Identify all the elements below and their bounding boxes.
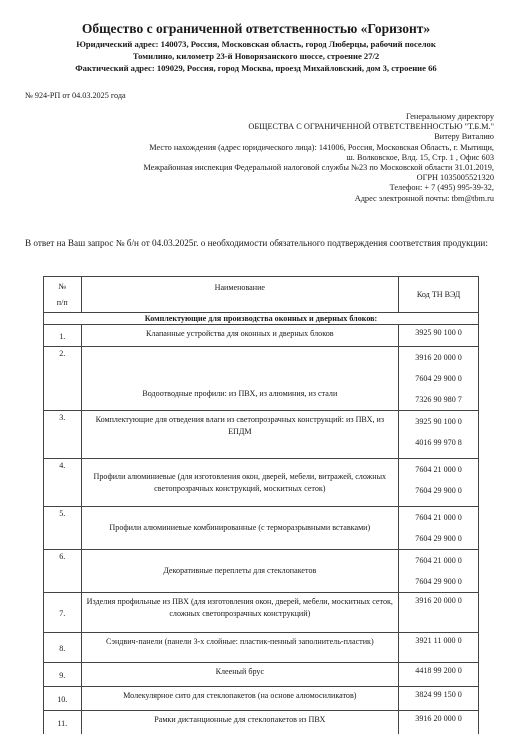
legal-address-line1: Юридический адрес: 140073, Россия, Моско… [0, 39, 512, 49]
section-header: Комплектующие для производства оконных и… [44, 313, 479, 325]
addressee-line: Адрес электронной почты: tbm@tbm.ru [54, 194, 494, 204]
row-number: 7. [44, 593, 82, 633]
table-row: 10.Молекулярное сито для стеклопакетов (… [44, 687, 479, 711]
addressee-line: Телефон: + 7 (495) 995-39-32, [54, 183, 494, 193]
product-table: №п/п Наименование Код ТН ВЭД Комплектующ… [43, 276, 479, 734]
row-name: Клееный брус [81, 663, 399, 687]
tn-ved-code: 7604 29 900 0 [399, 368, 478, 389]
table-row: 8.Сэндвич-панели (панели 3-х слойные: пл… [44, 633, 479, 663]
row-codes: 3925 90 100 04016 99 970 8 [399, 411, 479, 459]
row-name: Профили алюминиевые комбинированные (с т… [81, 507, 399, 550]
tn-ved-code: 4016 99 970 8 [399, 432, 478, 453]
tn-ved-code: 7604 21 000 0 [399, 550, 478, 571]
table-row: 5.Профили алюминиевые комбинированные (с… [44, 507, 479, 550]
tn-ved-code: 3925 90 100 0 [399, 325, 478, 341]
row-number: 4. [44, 459, 82, 507]
table-row: 11.Рамки дистанционные для стеклопакетов… [44, 711, 479, 734]
tn-ved-code: 7326 90 980 7 [399, 389, 478, 410]
document-reference: № 924-РП от 04.03.2025 года [25, 91, 126, 100]
row-number: 2. [44, 347, 82, 411]
row-codes: 4418 99 200 0 [399, 663, 479, 687]
row-codes: 7604 21 000 07604 29 900 0 [399, 507, 479, 550]
table-row: 9.Клееный брус4418 99 200 0 [44, 663, 479, 687]
row-codes: 3824 99 150 0 [399, 687, 479, 711]
tn-ved-code: 3824 99 150 0 [399, 687, 478, 703]
tn-ved-code: 3916 20 000 0 [399, 593, 478, 609]
row-number: 8. [44, 633, 82, 663]
row-number: 1. [44, 325, 82, 347]
tn-ved-code: 3916 20 000 0 [399, 347, 478, 368]
tn-ved-code: 7604 21 000 0 [399, 507, 478, 528]
row-number: 11. [44, 711, 82, 734]
row-codes: 7604 21 000 07604 29 900 0 [399, 550, 479, 593]
table-row: 7.Изделия профильные из ПВХ (для изготов… [44, 593, 479, 633]
tn-ved-code: 7604 29 900 0 [399, 571, 478, 592]
row-codes: 3916 20 000 0 [399, 711, 479, 734]
addressee-line: ОГРН 1035005521320 [54, 173, 494, 183]
row-name: Водоотводные профили: из ПВХ, из алюмини… [81, 347, 399, 411]
row-number: 10. [44, 687, 82, 711]
tn-ved-code: 3916 20 000 0 [399, 711, 478, 727]
row-number: 9. [44, 663, 82, 687]
addressee-line: Генеральному директору [54, 112, 494, 122]
row-name: Рамки дистанционные для стеклопакетов из… [81, 711, 399, 734]
header-code: Код ТН ВЭД [399, 277, 479, 313]
addressee-block: Генеральному директору ОБЩЕСТВА С ОГРАНИ… [54, 112, 494, 204]
header-num: №п/п [44, 277, 82, 313]
row-number: 3. [44, 411, 82, 459]
row-number: 6. [44, 550, 82, 593]
tn-ved-code: 7604 29 900 0 [399, 480, 478, 501]
tn-ved-code: 7604 21 000 0 [399, 459, 478, 480]
row-number: 5. [44, 507, 82, 550]
table-row: 3.Комплектующие для отведения влаги из с… [44, 411, 479, 459]
addressee-line: ш. Волковское, Влд. 15, Стр. 1 , Офис 60… [54, 153, 494, 163]
tn-ved-code: 3921 11 000 0 [399, 633, 478, 649]
row-name: Сэндвич-панели (панели 3-х слойные: плас… [81, 633, 399, 663]
tn-ved-code: 4418 99 200 0 [399, 663, 478, 679]
addressee-line: Место нахождения (адрес юридического лиц… [54, 143, 494, 153]
row-name: Клапанные устройства для оконных и дверн… [81, 325, 399, 347]
company-title: Общество с ограниченной ответственностью… [0, 21, 512, 37]
table-row: 1.Клапанные устройства для оконных и две… [44, 325, 479, 347]
intro-paragraph: В ответ на Ваш запрос № б/н от 04.03.202… [25, 237, 495, 250]
row-name: Молекулярное сито для стеклопакетов (на … [81, 687, 399, 711]
legal-address-line2: Томилино, километр 23-й Новорязанского ш… [0, 51, 512, 61]
row-codes: 7604 21 000 07604 29 900 0 [399, 459, 479, 507]
tn-ved-code: 3925 90 100 0 [399, 411, 478, 432]
tn-ved-code: 7604 29 900 0 [399, 528, 478, 549]
row-name: Профили алюминиевые (для изготовления ок… [81, 459, 399, 507]
table-row: 6.Декоративные переплеты для стеклопакет… [44, 550, 479, 593]
row-codes: 3921 11 000 0 [399, 633, 479, 663]
table-row: 2.Водоотводные профили: из ПВХ, из алюми… [44, 347, 479, 411]
row-name: Декоративные переплеты для стеклопакетов [81, 550, 399, 593]
row-codes: 3916 20 000 0 [399, 593, 479, 633]
actual-address: Фактический адрес: 109029, Россия, город… [0, 63, 512, 73]
table-row: 4.Профили алюминиевые (для изготовления … [44, 459, 479, 507]
header-name: Наименование [81, 277, 399, 313]
addressee-line: ОБЩЕСТВА С ОГРАНИЧЕННОЙ ОТВЕТСТВЕННОСТЬЮ… [54, 122, 494, 132]
row-name: Комплектующие для отведения влаги из све… [81, 411, 399, 459]
addressee-line: Межрайонная инспекция Федеральной налого… [54, 163, 494, 173]
row-name: Изделия профильные из ПВХ (для изготовле… [81, 593, 399, 633]
row-codes: 3925 90 100 0 [399, 325, 479, 347]
addressee-line: Витеру Виталию [54, 132, 494, 142]
row-codes: 3916 20 000 07604 29 900 07326 90 980 7 [399, 347, 479, 411]
